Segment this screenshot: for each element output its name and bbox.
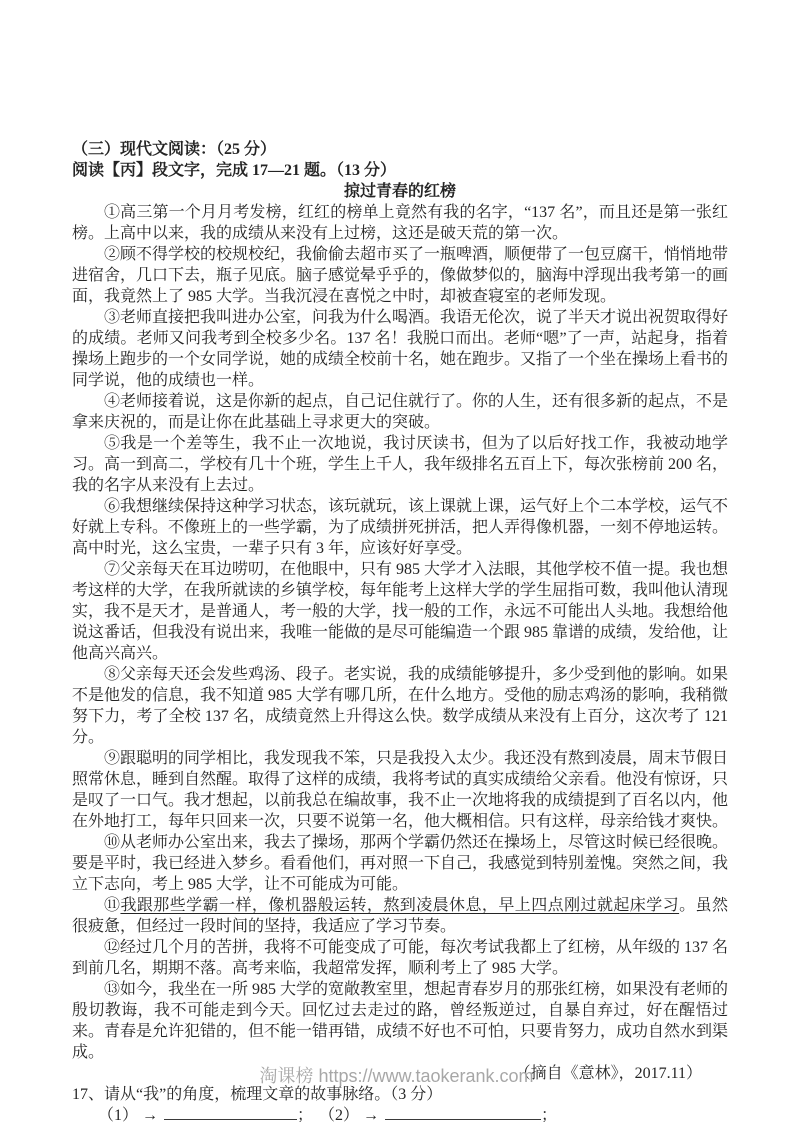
paragraph-9: ⑨跟聪明的同学相比，我发现我不笨，只是我投入太少。我还没有熬到凌晨，周末节假日照… xyxy=(72,748,728,832)
reading-section: （三）现代文阅读：（25 分） 阅读【丙】段文字，完成 17—21 题。（13 … xyxy=(72,139,728,1122)
instruction-line: 阅读【丙】段文字，完成 17—21 题。（13 分） xyxy=(72,160,728,181)
blank-2-label: （2） xyxy=(327,1107,359,1122)
paragraph-11: ⑪我跟那些学霸一样，像机器般运转，熬到凌晨休息，早上四点刚过就起床学习。虽然很疲… xyxy=(72,895,728,937)
paragraph-5: ⑤我是一个差等生，我不止一次地说，我讨厌读书，但为了以后好找工作，我被动地学习。… xyxy=(72,433,728,496)
site-url: https://www.taokerank.com xyxy=(318,1066,533,1086)
paragraph-1: ①高三第一个月月考发榜，红红的榜单上竟然有我的名字，“137 名”，而且还是第一… xyxy=(72,202,728,244)
arrow-icon: → xyxy=(142,1105,158,1122)
paragraph-7: ⑦父亲每天在耳边唠叨，在他眼中，只有 985 大学才入法眼，其他学校不值一提。我… xyxy=(72,559,728,664)
paragraph-4: ④老师接着说，这是你新的起点，自己记住就行了。你的人生，还有很多新的起点，不是拿… xyxy=(72,391,728,433)
paragraph-12: ⑫经过几个月的苦拼，我将不可能变成了可能，每次考试我都上了红榜，从年级的 137… xyxy=(72,937,728,979)
passage-title: 掠过青春的红榜 xyxy=(72,181,728,202)
separator-1: ； xyxy=(297,1107,313,1122)
paragraph-2: ②顾不得学校的校规校纪，我偷偷去超市买了一瓶啤酒，顺便带了一包豆腐干，悄悄地带进… xyxy=(72,244,728,307)
site-name: 淘课榜 xyxy=(259,1066,313,1086)
answer-blank-2[interactable] xyxy=(385,1105,541,1120)
paragraph-3: ③老师直接把我叫进办公室，问我为什么喝酒。我语无伦次，说了半天才说出祝贺取得好的… xyxy=(72,307,728,391)
answer-blank-1[interactable] xyxy=(164,1105,297,1120)
paragraph-11-marker: ⑪ xyxy=(104,897,120,914)
paragraph-13: ⑬如今，我坐在一所 985 大学的宽敞教室里，想起青春岁月的那张红榜，如果没有老… xyxy=(72,979,728,1063)
paragraph-10: ⑩从老师办公室出来，我去了操场，那两个学霸仍然还在操场上，尽管这时候已经很晚。要… xyxy=(72,832,728,895)
section-header: （三）现代文阅读：（25 分） xyxy=(72,139,728,160)
paragraph-8: ⑧父亲每天还会发些鸡汤、段子。老实说，我的成绩能够提升，多少受到他的影响。如果不… xyxy=(72,664,728,748)
watermark-footer: 淘课榜 https://www.taokerank.com xyxy=(0,1064,793,1088)
answer-line: （1）→；（2）→； xyxy=(72,1105,728,1122)
paragraph-6: ⑥我想继续保持这种学习状态，该玩就玩，该上课就上课，运气好上个二本学校，运气不好… xyxy=(72,496,728,559)
separator-2: ； xyxy=(541,1107,557,1122)
blank-1-label: （1） xyxy=(98,1107,138,1122)
arrow-icon: → xyxy=(363,1105,379,1122)
paragraph-11-underlined-text: 我跟那些学霸一样，像机器般运转，熬到凌晨休息，早上四点刚过就起床学习 xyxy=(120,897,679,914)
